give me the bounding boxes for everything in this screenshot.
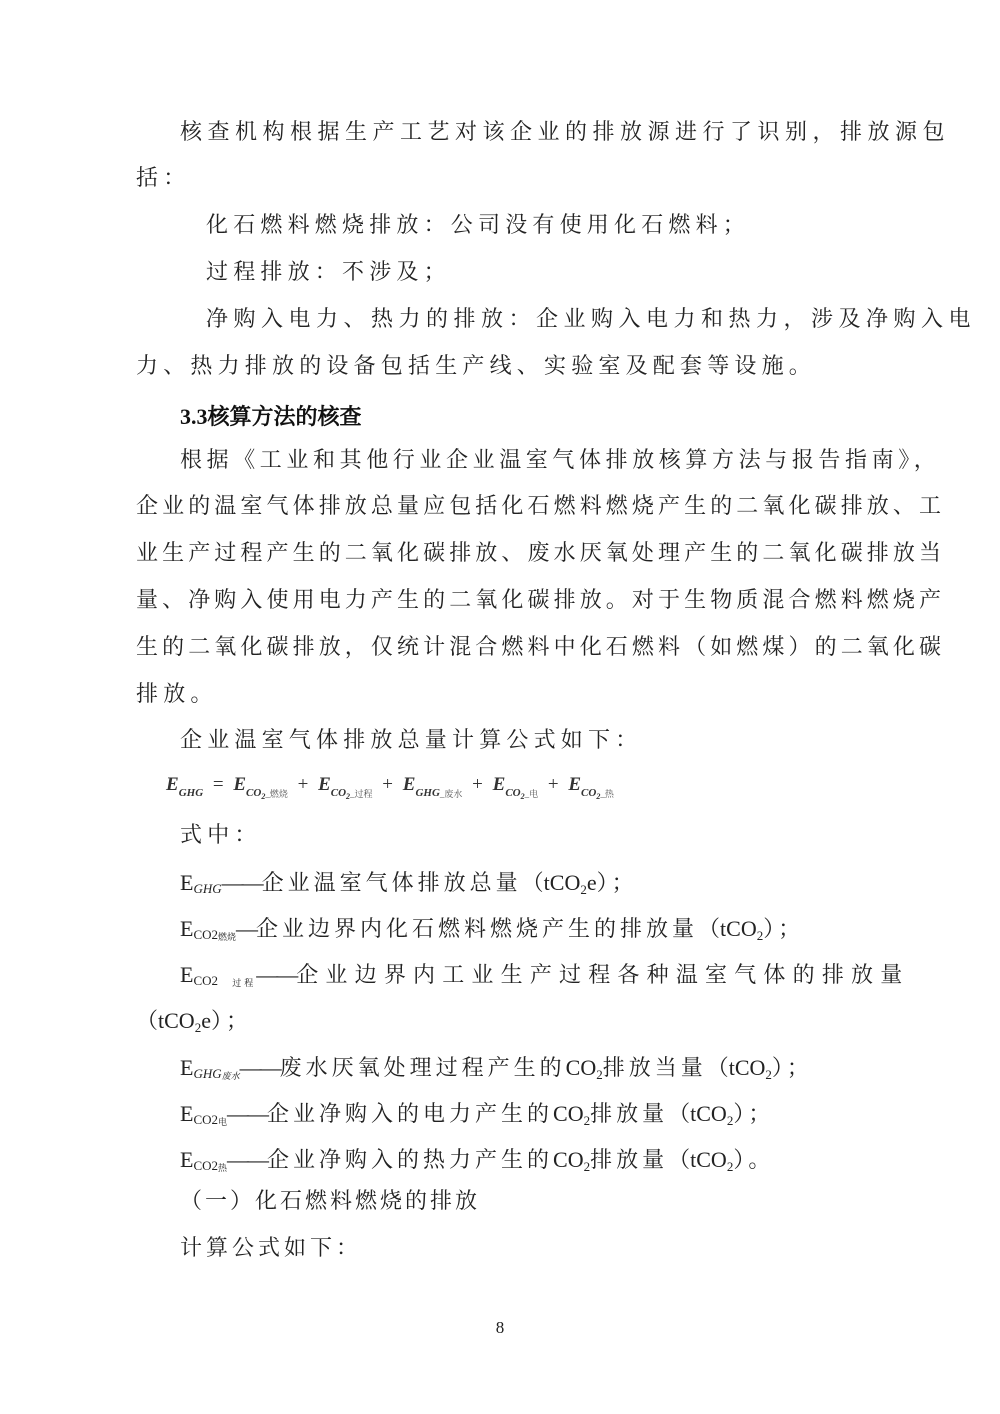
method-line-3: 业生产过程产生的二氧化碳排放、废水厌氧处理产生的二氧化碳排放当 bbox=[136, 539, 876, 569]
formula-term-sub: CO bbox=[581, 787, 596, 799]
method-line-1: 根据《工业和其他行业企业温室气体排放核算方法与报告指南》， bbox=[180, 446, 920, 476]
def-text: 企业边界内工业生产过程各种温室气体的排放量 bbox=[296, 963, 909, 988]
def-text-co: CO bbox=[553, 1101, 584, 1126]
def-unit-sub: 2 bbox=[727, 1113, 734, 1128]
def-unit-sub: 2 bbox=[580, 882, 587, 897]
def-symbol: E bbox=[180, 916, 193, 941]
def-unit: CO bbox=[550, 870, 581, 895]
def-text: 企业净购入的电力产生的 bbox=[267, 1102, 553, 1127]
paragraph-process: 过程排放：不涉及； bbox=[206, 258, 946, 288]
document-page: 核查机构根据生产工艺对该企业的排放源进行了识别，排放源包 括： 化石燃料燃烧排放… bbox=[0, 0, 1000, 1414]
def-symbol-cjk-sub: 热 bbox=[218, 1164, 227, 1174]
formula-term-label: _过程 bbox=[350, 789, 373, 799]
def-unit-close: ）； bbox=[597, 871, 638, 896]
def-unit-open: （t bbox=[136, 1008, 164, 1033]
definition-e-ghg-wastewater: EGHG废水——废水厌氧处理过程产生的CO2排放当量（tCO2）； bbox=[180, 1053, 920, 1088]
def-unit-open: （t bbox=[707, 1055, 735, 1080]
formula-term: E bbox=[233, 774, 246, 795]
def-text-co-sub: 2 bbox=[596, 1067, 603, 1082]
def-unit-sub: 2 bbox=[765, 1067, 772, 1082]
definition-e-co2-heat: ECO2热——企业净购入的热力产生的CO2排放量（tCO2）。 bbox=[180, 1145, 920, 1180]
formula-lhs: E bbox=[166, 774, 179, 795]
def-unit-tail: e bbox=[201, 1008, 211, 1033]
def-unit-tail: e bbox=[587, 870, 597, 895]
definition-e-co2-process-unit: （tCO2e）； bbox=[136, 1006, 876, 1039]
where-label: 式中： bbox=[180, 821, 920, 851]
def-symbol-cjk-sub: 废水 bbox=[222, 1072, 240, 1082]
def-symbol-sub: CO2 bbox=[193, 1112, 218, 1127]
paragraph-fossil-fuel: 化石燃料燃烧排放：公司没有使用化石燃料； bbox=[206, 211, 946, 241]
formula-plus: + bbox=[472, 774, 483, 795]
def-dash: —— bbox=[227, 1147, 267, 1172]
formula-term-sub: CO bbox=[505, 787, 520, 799]
def-text-post: 排放量 bbox=[590, 1148, 668, 1173]
def-symbol: E bbox=[180, 962, 193, 987]
def-dash: —— bbox=[227, 1101, 267, 1126]
paragraph-emission-sources-cont: 括： bbox=[136, 164, 876, 194]
def-unit-open: （t bbox=[668, 1147, 696, 1172]
def-text-post: 排放量 bbox=[590, 1102, 668, 1127]
def-symbol-cjk-sub: 过程 bbox=[232, 979, 256, 989]
def-unit: CO bbox=[696, 1147, 727, 1172]
def-symbol: E bbox=[180, 1055, 193, 1080]
calc-formula-intro: 计算公式如下： bbox=[180, 1234, 920, 1264]
def-text: 企业边界内化石燃料燃烧产生的排放量 bbox=[256, 917, 698, 942]
method-line-5: 生的二氧化碳排放，仅统计混合燃料中化石燃料（如燃煤）的二氧化碳 bbox=[136, 633, 876, 663]
formula-term-sub: CO bbox=[246, 787, 261, 799]
definition-e-co2-electricity: ECO2电——企业净购入的电力产生的CO2排放量（tCO2）； bbox=[180, 1099, 920, 1134]
def-unit: CO bbox=[164, 1008, 195, 1033]
def-unit: CO bbox=[735, 1055, 766, 1080]
def-unit-close: ）； bbox=[763, 917, 804, 942]
def-unit-open: （t bbox=[522, 870, 550, 895]
def-text: 企业净购入的热力产生的 bbox=[267, 1148, 553, 1173]
def-text: 废水厌氧处理过程产生的 bbox=[280, 1056, 566, 1081]
subsection-heading-fossil-fuel: （一）化石燃料燃烧的排放 bbox=[180, 1187, 920, 1217]
formula-term: E bbox=[568, 774, 581, 795]
formula-term-label: _电 bbox=[525, 789, 539, 799]
definition-e-co2-combustion: ECO2燃烧—企业边界内化石燃料燃烧产生的排放量（tCO2）； bbox=[180, 914, 920, 949]
def-unit-open: （t bbox=[668, 1101, 696, 1126]
method-line-2: 企业的温室气体排放总量应包括化石燃料燃烧产生的二氧化碳排放、工 bbox=[136, 492, 876, 522]
def-symbol-sub: CO2 bbox=[193, 927, 218, 942]
def-symbol-sub: CO2 bbox=[193, 973, 218, 988]
formula-equals: = bbox=[213, 774, 224, 795]
def-dash: —— bbox=[222, 870, 262, 895]
formula-plus: + bbox=[298, 774, 309, 795]
def-unit-sub: 2 bbox=[195, 1020, 202, 1035]
def-symbol-cjk-sub: 燃烧 bbox=[218, 933, 236, 943]
formula-term-sub: GHG bbox=[415, 787, 439, 799]
def-unit-close: ）； bbox=[733, 1102, 774, 1127]
def-symbol-sub: CO2 bbox=[193, 1158, 218, 1173]
def-unit-open: （t bbox=[698, 916, 726, 941]
formula-term-sub: CO bbox=[331, 787, 346, 799]
section-number: 3.3 bbox=[180, 404, 208, 429]
def-text-co-sub: 2 bbox=[584, 1113, 591, 1128]
def-dash: — bbox=[236, 916, 256, 941]
formula-term-label: _燃烧 bbox=[265, 789, 288, 799]
formula-lhs-sub: GHG bbox=[179, 787, 203, 799]
def-symbol: E bbox=[180, 1147, 193, 1172]
definition-e-ghg: EGHG——企业温室气体排放总量（tCO2e）； bbox=[180, 868, 920, 901]
def-dash: —— bbox=[240, 1055, 280, 1080]
formula-plus: + bbox=[382, 774, 393, 795]
section-heading: 3.3核算方法的核查 bbox=[180, 402, 920, 432]
formula-term: E bbox=[403, 774, 416, 795]
def-symbol: E bbox=[180, 870, 193, 895]
paragraph-emission-sources: 核查机构根据生产工艺对该企业的排放源进行了识别，排放源包 bbox=[180, 118, 920, 148]
definition-e-co2-process: ECO2 过程——企业边界内工业生产过程各种温室气体的排放量 bbox=[180, 960, 920, 995]
def-unit-sub: 2 bbox=[727, 1159, 734, 1174]
def-text-post: 排放当量 bbox=[603, 1056, 707, 1081]
def-unit-sub: 2 bbox=[757, 928, 764, 943]
def-symbol-cjk-sub: 电 bbox=[218, 1118, 227, 1128]
formula-term-sub2: 2 bbox=[521, 792, 525, 801]
formula-term: E bbox=[318, 774, 331, 795]
formula-term-label: _废水 bbox=[440, 789, 463, 799]
ghg-total-formula: EGHG = ECO2_燃烧 + ECO2_过程 + EGHG_废水 + ECO… bbox=[166, 774, 614, 796]
def-text-co: CO bbox=[566, 1055, 597, 1080]
def-text: 企业温室气体排放总量 bbox=[262, 871, 522, 896]
def-unit-close: ）。 bbox=[733, 1148, 774, 1173]
def-symbol-sub: GHG bbox=[193, 1066, 221, 1081]
def-dash: —— bbox=[256, 962, 296, 987]
def-symbol: E bbox=[180, 1101, 193, 1126]
method-line-4: 量、净购入使用电力产生的二氧化碳排放。对于生物质混合燃料燃烧产 bbox=[136, 586, 876, 616]
paragraph-purchased-energy: 净购入电力、热力的排放：企业购入电力和热力，涉及净购入电 bbox=[206, 305, 946, 335]
paragraph-purchased-energy-cont: 力、热力排放的设备包括生产线、实验室及配套等设施。 bbox=[136, 352, 876, 382]
section-title: 核算方法的核查 bbox=[208, 404, 362, 429]
formula-term-label: _热 bbox=[600, 789, 614, 799]
def-text-co-sub: 2 bbox=[584, 1159, 591, 1174]
def-unit-close: ）； bbox=[772, 1056, 813, 1081]
def-text-co: CO bbox=[553, 1147, 584, 1172]
def-symbol-sub: GHG bbox=[193, 881, 221, 896]
page-number: 8 bbox=[0, 1318, 1000, 1338]
formula-intro: 企业温室气体排放总量计算公式如下： bbox=[180, 726, 920, 756]
def-unit: CO bbox=[696, 1101, 727, 1126]
def-unit: CO bbox=[726, 916, 757, 941]
formula-plus: + bbox=[548, 774, 559, 795]
formula-term: E bbox=[493, 774, 506, 795]
method-line-6: 排放。 bbox=[136, 680, 876, 710]
def-unit-close: ）； bbox=[211, 1009, 252, 1034]
